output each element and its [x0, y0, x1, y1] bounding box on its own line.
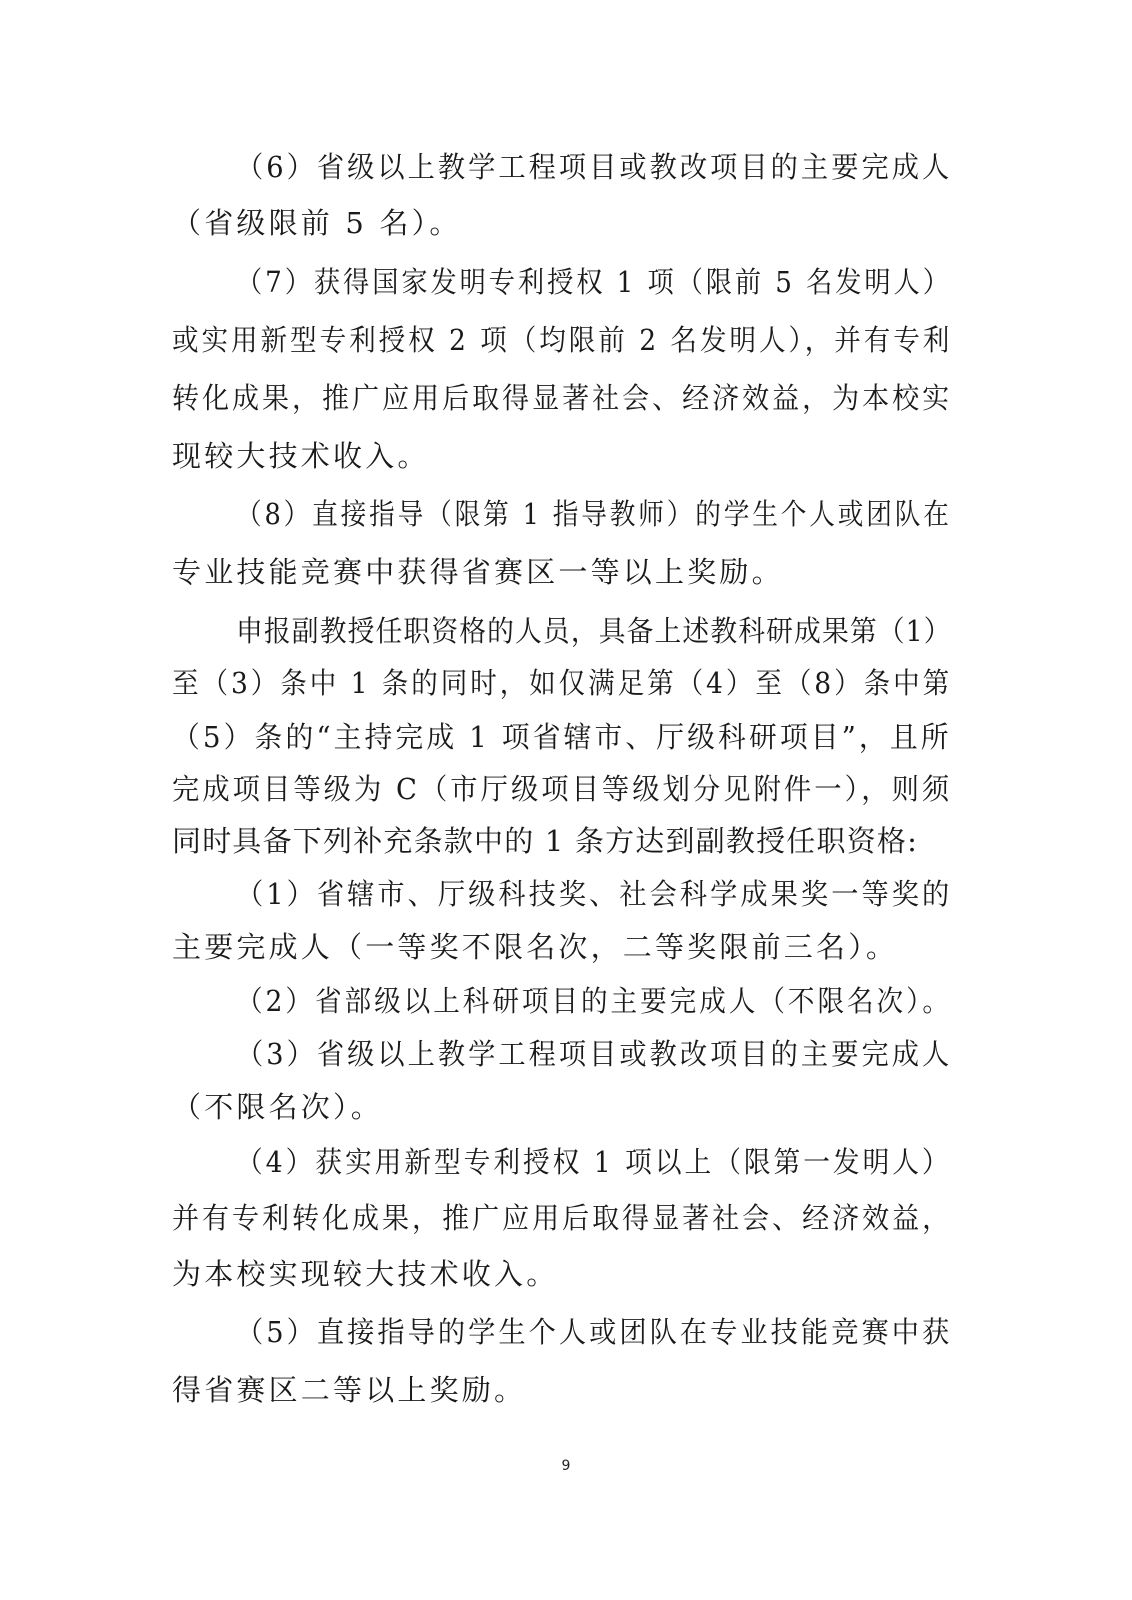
- paragraph-line: （不限名次）。: [172, 1087, 952, 1127]
- paragraph-line-supplement-2: （2）省部级以上科研项目的主要完成人（不限名次）。: [236, 981, 893, 1021]
- paragraph-line: 或实用新型专利授权 2 项（均限前 2 名发明人），并有专利: [172, 320, 887, 360]
- paragraph-line: 至（3）条中 1 条的同时，如仅满足第（4）至（8）条中第: [172, 663, 886, 703]
- paragraph-line: 完成项目等级为 C（市厅级项目等级划分见附件一），则须: [172, 769, 907, 809]
- paragraph-line-item-6: （6）省级以上教学工程项目或教改项目的主要完成人: [236, 147, 909, 187]
- paragraph-line: 专业技能竞赛中获得省赛区一等以上奖励。: [172, 552, 952, 592]
- paragraph-line-item-7: （7）获得国家发明专利授权 1 项（限前 5 名发明人）: [236, 262, 884, 302]
- paragraph-line-supplement-1: （1）省辖市、厅级科技奖、社会科学成果奖一等奖的: [236, 874, 909, 914]
- paragraph-line-supplement-3: （3）省级以上教学工程项目或教改项目的主要完成人: [236, 1034, 909, 1074]
- paragraph-line-supplement-4: （4）获实用新型专利授权 1 项以上（限第一发明人）: [236, 1142, 896, 1182]
- paragraph-line: 同时具备下列补充条款中的 1 条方达到副教授任职资格:: [172, 821, 952, 861]
- paragraph-line: 现较大技术收入。: [172, 436, 952, 476]
- paragraph-line: 得省赛区二等以上奖励。: [172, 1370, 952, 1410]
- paragraph-line: （5）条的“主持完成 1 项省辖市、厅级科研项目”，且所: [172, 717, 920, 757]
- document-page: （6）省级以上教学工程项目或教改项目的主要完成人 （省级限前 5 名）。 （7）…: [0, 0, 1132, 1600]
- paragraph-line: 并有专利转化成果，推广应用后取得显著社会、经济效益，: [172, 1198, 899, 1238]
- paragraph-line-associate-professor: 申报副教授任职资格的人员，具备上述教科研成果第（1）: [236, 611, 898, 651]
- paragraph-line-supplement-5: （5）直接指导的学生个人或团队在专业技能竞赛中获: [236, 1312, 909, 1352]
- paragraph-line-item-8: （8）直接指导（限第 1 指导教师）的学生个人或团队在: [236, 494, 870, 534]
- page-number: 9: [0, 1458, 1132, 1474]
- paragraph-line: 主要完成人（一等奖不限名次，二等奖限前三名）。: [172, 927, 952, 967]
- paragraph-line: 为本校实现较大技术收入。: [172, 1254, 952, 1294]
- paragraph-line: 转化成果，推广应用后取得显著社会、经济效益，为本校实: [172, 378, 899, 418]
- paragraph-line: （省级限前 5 名）。: [172, 203, 952, 243]
